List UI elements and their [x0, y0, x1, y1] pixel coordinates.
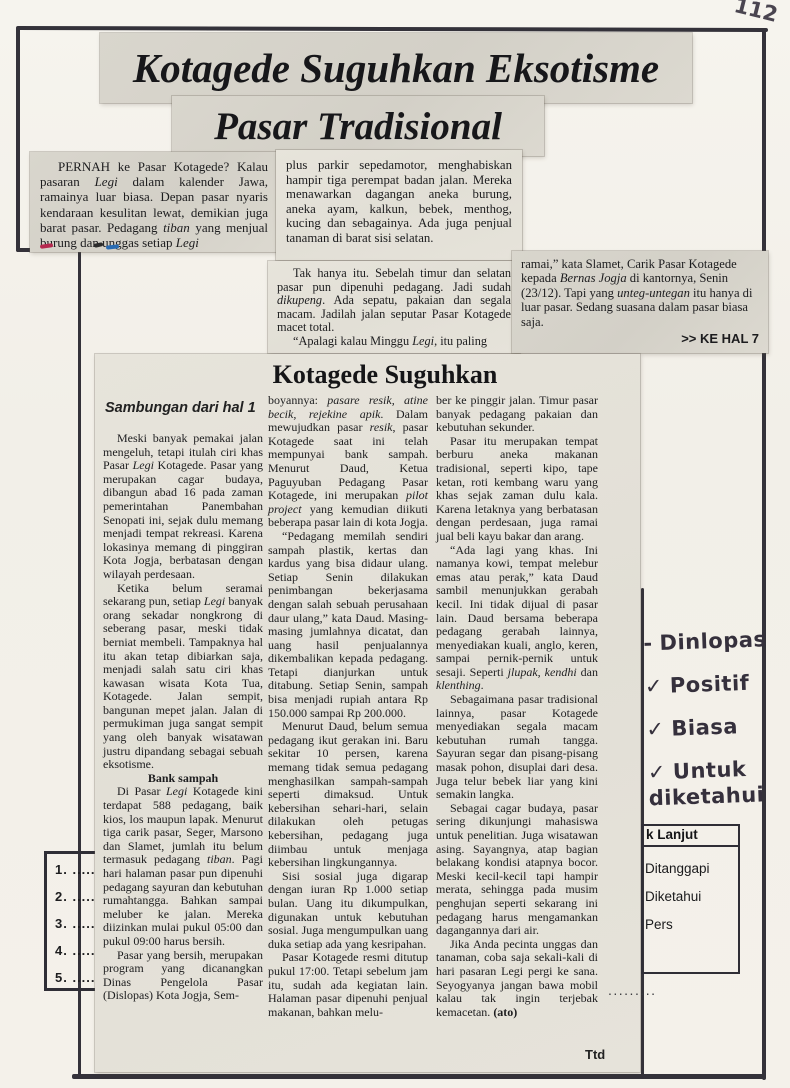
handwritten-page-number: 112: [732, 0, 780, 27]
dots-line: .........: [608, 982, 657, 998]
clipping-mid-left: Tak hanya itu. Sebelah timur dan selatan…: [268, 261, 520, 353]
article-paragraph: Pasar Kotagede resmi ditutup pukul 17:00…: [268, 951, 428, 1019]
frame-bottom: [72, 1074, 766, 1079]
checkmark-icon: ✓: [647, 759, 666, 786]
article-paragraph: ber ke pinggir jalan. Timur pasar banyak…: [436, 394, 598, 435]
article-paragraph: “Apalagi kalau Minggu Legi, itu paling: [277, 335, 511, 349]
frame-left-upper: [16, 27, 20, 252]
lead-paragraph: PERNAH ke Pasar Kotagede? Kalau pasaran …: [40, 159, 268, 250]
margin-note: ✓Untuk diketahui: [647, 754, 790, 811]
article-paragraph: Pasar itu merupakan tempat berburu aneka…: [436, 435, 598, 544]
handwritten-margin-notes: -Dinlopas✓Positif✓Biasa✓Untuk diketahui: [643, 626, 790, 812]
article-paragraph: Menurut Daud, belum semua pedagang ikut …: [268, 720, 428, 870]
followup-box: k Lanjut DitanggapiDiketahuiPers: [641, 824, 740, 974]
followup-item: Diketahui: [645, 889, 738, 904]
followup-box-items: DitanggapiDiketahuiPers: [643, 847, 738, 932]
article-paragraph: Sisi sosial juga digarap dengan iuran Rp…: [268, 870, 428, 952]
checkmark-icon: ✓: [646, 716, 665, 743]
clipping-mid-right: ramai,” kata Slamet, Carik Pasar Kotaged…: [512, 251, 768, 353]
signoff-ttd: Ttd: [585, 1047, 605, 1062]
continuation-clipping: Kotagede Suguhkan Sambungan dari hal 1 M…: [95, 354, 640, 1072]
scanned-newspaper-album-page: 1. .........2. .........3. .........4. .…: [0, 0, 790, 1088]
followup-item: Pers: [645, 917, 738, 932]
margin-note: ✓Positif: [644, 669, 787, 700]
frame-right: [762, 28, 766, 1080]
article-paragraph: Meski banyak pemakai jalan mengeluh, tet…: [103, 432, 263, 582]
clipping-mid-right-text: ramai,” kata Slamet, Carik Pasar Kotaged…: [521, 257, 759, 329]
pen-mark-blue: [106, 244, 119, 249]
article-paragraph: “Ada lagi yang khas. Ini namanya kowi, t…: [436, 544, 598, 694]
lead-clipping: PERNAH ke Pasar Kotagede? Kalau pasaran …: [30, 152, 278, 252]
margin-note: ✓Biasa: [646, 712, 789, 743]
checkmark-icon: ✓: [644, 673, 663, 700]
article-paragraph: Ketika belum seramai sekarang pun, setia…: [103, 582, 263, 772]
article-paragraph: plus parkir sepedamotor, menghabiskan ha…: [286, 158, 512, 246]
jump-reference: >> KE HAL 7: [521, 332, 759, 346]
article-column-1: Meski banyak pemakai jalan mengeluh, tet…: [103, 432, 263, 1003]
article-column-3: ber ke pinggir jalan. Timur pasar banyak…: [436, 394, 598, 1019]
margin-note: -Dinlopas: [643, 626, 786, 657]
article-paragraph: Sebagai cagar budaya, pasar sering dikun…: [436, 802, 598, 938]
headline-strip-2: Pasar Tradisional: [172, 96, 544, 156]
continuation-subnote: Sambungan dari hal 1: [105, 400, 256, 416]
article-paragraph: Pasar yang bersih, merupakan program yan…: [103, 949, 263, 1003]
article-paragraph: Tak hanya itu. Sebelah timur dan selatan…: [277, 267, 511, 335]
article-paragraph: “Pedagang memilah sendiri sampah plastik…: [268, 530, 428, 720]
article-paragraph: ramai,” kata Slamet, Carik Pasar Kotaged…: [521, 257, 759, 329]
headline-strip-1: Kotagede Suguhkan Eksotisme: [100, 33, 692, 103]
dash-mark-icon: -: [643, 630, 653, 656]
article-paragraph: Di Pasar Legi Kotagede kini terdapat 588…: [103, 785, 263, 948]
article-paragraph: Sebagaimana pasar tradisional lainnya, p…: [436, 693, 598, 802]
article-paragraph: Bank sampah: [103, 772, 263, 786]
continuation-heading: Kotagede Suguhkan: [245, 360, 525, 390]
clipping-top-right: plus parkir sepedamotor, menghabiskan ha…: [276, 150, 522, 260]
article-column-2: boyannya: pasare resik, atine becik, rej…: [268, 394, 428, 1019]
followup-box-header: k Lanjut: [643, 826, 738, 847]
article-paragraph: boyannya: pasare resik, atine becik, rej…: [268, 394, 428, 530]
article-paragraph: Jika Anda pecinta unggas dan tanaman, co…: [436, 938, 598, 1020]
followup-item: Ditanggapi: [645, 861, 738, 876]
frame-top: [16, 26, 768, 32]
